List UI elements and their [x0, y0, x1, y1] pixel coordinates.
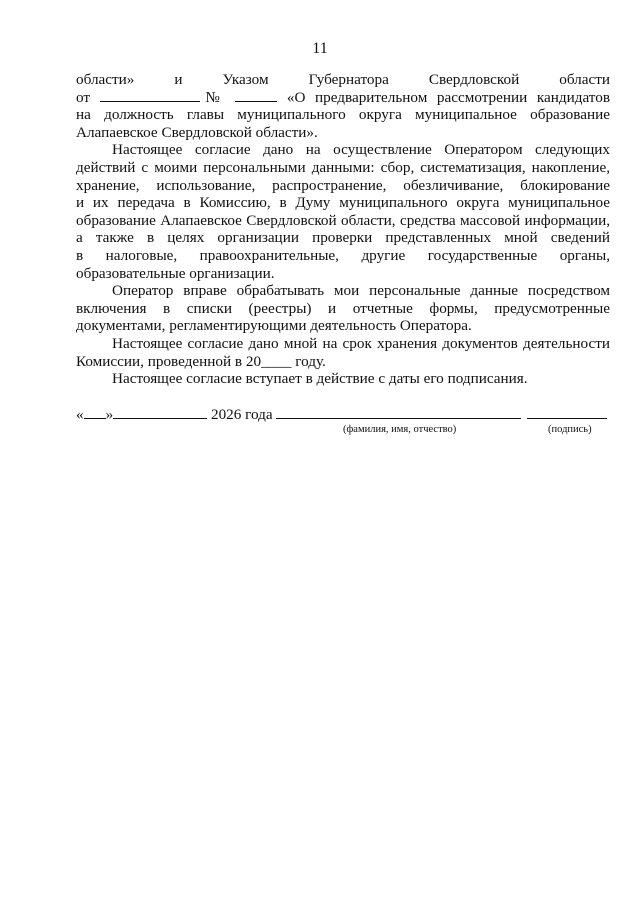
year-text: 2026 года — [211, 406, 273, 423]
close-quote: » — [106, 406, 114, 423]
day-blank[interactable] — [84, 405, 106, 419]
paragraph-consent-term: Настоящее согласие дано мной на срок хра… — [76, 335, 610, 370]
signature-row: «» 2026 года — [76, 405, 610, 425]
signature-blank[interactable] — [527, 405, 607, 419]
text-segment: от — [76, 89, 100, 106]
text-line: от № «О предварительном рассмотрении кан… — [76, 89, 610, 107]
text-line: Алапаевское Свердловской области». — [76, 124, 610, 142]
text-line: области» и Указом Губернатора Свердловск… — [76, 71, 610, 89]
paragraph-decree-continuation: области» и Указом Губернатора Свердловск… — [76, 71, 610, 141]
decree-number-blank[interactable] — [235, 89, 277, 102]
text-line: Настоящее согласие дано на осуществление… — [76, 141, 610, 159]
month-blank[interactable] — [113, 405, 207, 419]
signature-caption: (подпись) — [548, 424, 592, 436]
text-line: хранение, использование, распространение… — [76, 177, 610, 195]
text-line: Настоящее согласие вступает в действие с… — [76, 370, 610, 388]
paragraph-consent-actions: Настоящее согласие дано на осуществление… — [76, 141, 610, 282]
text-line: включения в списки (реестры) и отчетные … — [76, 300, 610, 318]
paragraph-operator-rights: Оператор вправе обрабатывать мои персона… — [76, 282, 610, 335]
text-line: Оператор вправе обрабатывать мои персона… — [76, 282, 610, 300]
fullname-blank[interactable] — [276, 405, 521, 419]
text-line: документами, регламентирующими деятельно… — [76, 317, 610, 335]
text-line: Настоящее согласие дано мной на срок хра… — [76, 335, 610, 353]
paragraph-consent-effective: Настоящее согласие вступает в действие с… — [76, 370, 610, 388]
page-number: 11 — [0, 40, 640, 58]
text-line: а также в целях организации проверки пре… — [76, 229, 610, 247]
decree-date-blank[interactable] — [100, 89, 200, 102]
text-segment: «О предварительном рассмотрении кандидат… — [277, 89, 610, 106]
text-segment: № — [200, 89, 236, 106]
open-quote: « — [76, 406, 84, 423]
text-line: на должность главы муниципального округа… — [76, 106, 610, 124]
text-line: и их передача в Комиссию, в Думу муницип… — [76, 194, 610, 212]
document-page: 11 области» и Указом Губернатора Свердло… — [0, 0, 640, 905]
text-line: образовательные организации. — [76, 265, 610, 283]
fullname-caption: (фамилия, имя, отчество) — [343, 424, 456, 436]
text-line: действий с моими персональными данными: … — [76, 159, 610, 177]
text-line: в налоговые, правоохранительные, другие … — [76, 247, 610, 265]
text-line: Комиссии, проведенной в 20____ году. — [76, 353, 610, 371]
text-line: образование Алапаевское Свердловской обл… — [76, 212, 610, 230]
document-body: области» и Указом Губернатора Свердловск… — [76, 71, 610, 388]
